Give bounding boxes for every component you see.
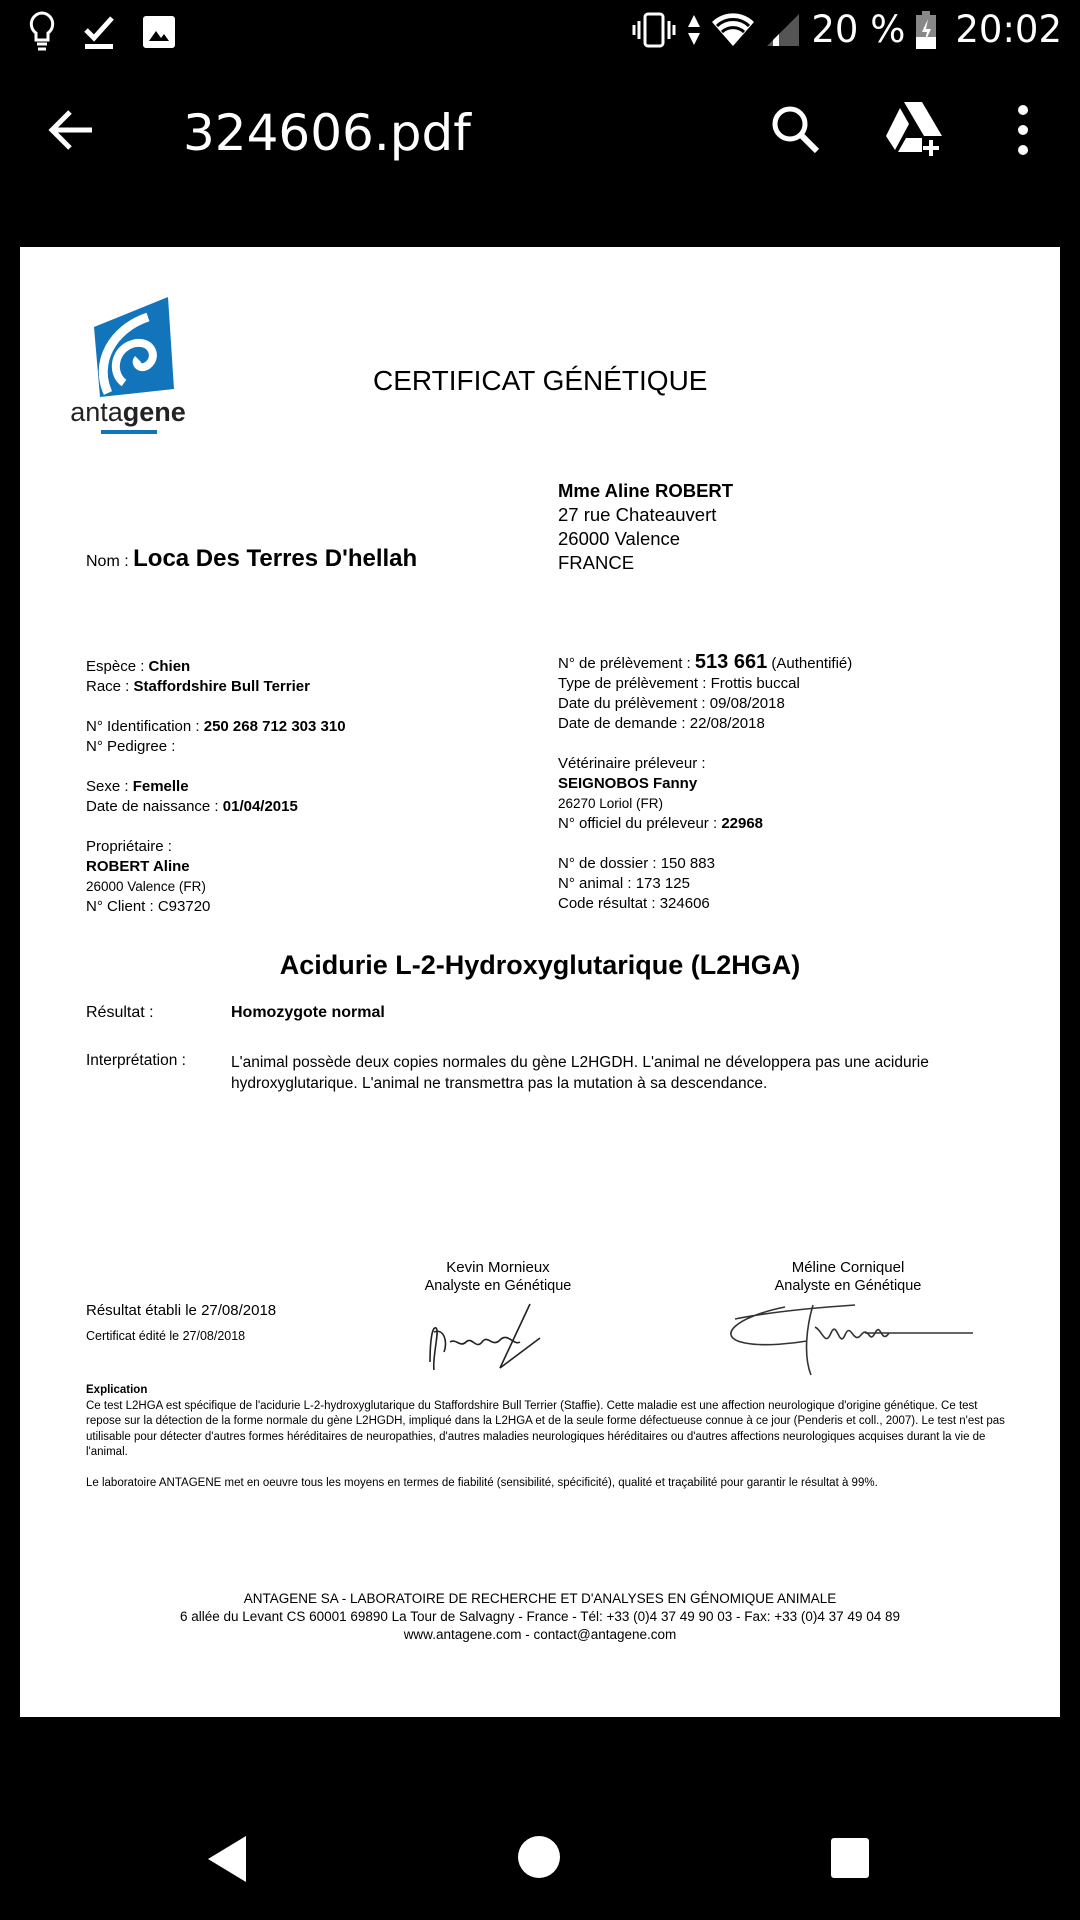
more-options-icon[interactable] <box>1008 100 1038 160</box>
download-done-icon <box>82 12 116 52</box>
vibrate-icon <box>631 12 677 48</box>
explanation: Explication Ce test L2HGA est spécifique… <box>86 1383 1006 1491</box>
back-arrow-icon[interactable] <box>44 102 100 158</box>
lightbulb-icon <box>28 10 56 54</box>
navigation-bar <box>0 1776 1080 1920</box>
status-bar: 20 % 20:02 <box>0 0 1080 64</box>
result-value: Homozygote normal <box>231 1004 385 1022</box>
recipient-address: Mme Aline ROBERT 27 rue Chateauvert 2600… <box>558 479 733 575</box>
test-title: Acidurie L-2-Hydroxyglutarique (L2HGA) <box>20 950 1060 981</box>
interpretation-label: Interprétation : <box>86 1052 186 1070</box>
sample-info: N° de prélèvement : 513 661 (Authentifié… <box>558 652 852 914</box>
interpretation-text: L'animal possède deux copies normales du… <box>231 1052 991 1094</box>
signature-1-icon <box>420 1302 570 1382</box>
pdf-page[interactable]: antagene CERTIFICAT GÉNÉTIQUE Nom : Loca… <box>20 247 1060 1717</box>
result-label: Résultat : <box>86 1004 154 1022</box>
document-title: 324606.pdf <box>183 104 471 162</box>
lab-footer: ANTAGENE SA - LABORATOIRE DE RECHERCHE E… <box>20 1590 1060 1644</box>
nav-home-icon[interactable] <box>518 1836 560 1878</box>
add-to-drive-icon[interactable] <box>884 100 944 160</box>
signatory-2: Méline Corniquel Analyste en Génétique <box>748 1259 948 1295</box>
clock: 20:02 <box>955 8 1062 51</box>
app-bar: 324606.pdf <box>0 64 1080 204</box>
animal-info: Espèce : Chien Race : Staffordshire Bull… <box>86 657 346 917</box>
signatory-1: Kevin Mornieux Analyste en Génétique <box>398 1259 598 1295</box>
antagene-logo: antagene <box>68 297 188 437</box>
certificate-title: CERTIFICAT GÉNÉTIQUE <box>373 365 707 397</box>
data-transfer-icon <box>687 13 701 47</box>
image-icon <box>142 15 176 49</box>
result-date: Résultat établi le 27/08/2018 <box>86 1302 276 1319</box>
battery-percent: 20 % <box>811 8 905 51</box>
nav-back-icon[interactable] <box>206 1834 250 1884</box>
signature-2-icon <box>725 1297 975 1377</box>
signal-icon <box>765 12 801 48</box>
animal-name: Nom : Loca Des Terres D'hellah <box>86 545 417 573</box>
battery-charging-icon <box>915 10 937 50</box>
certificate-date: Certificat édité le 27/08/2018 <box>86 1329 245 1343</box>
wifi-icon <box>711 12 755 48</box>
nav-recents-icon[interactable] <box>831 1838 869 1878</box>
svg-text:antagene: antagene <box>70 397 186 427</box>
search-icon[interactable] <box>766 100 826 160</box>
